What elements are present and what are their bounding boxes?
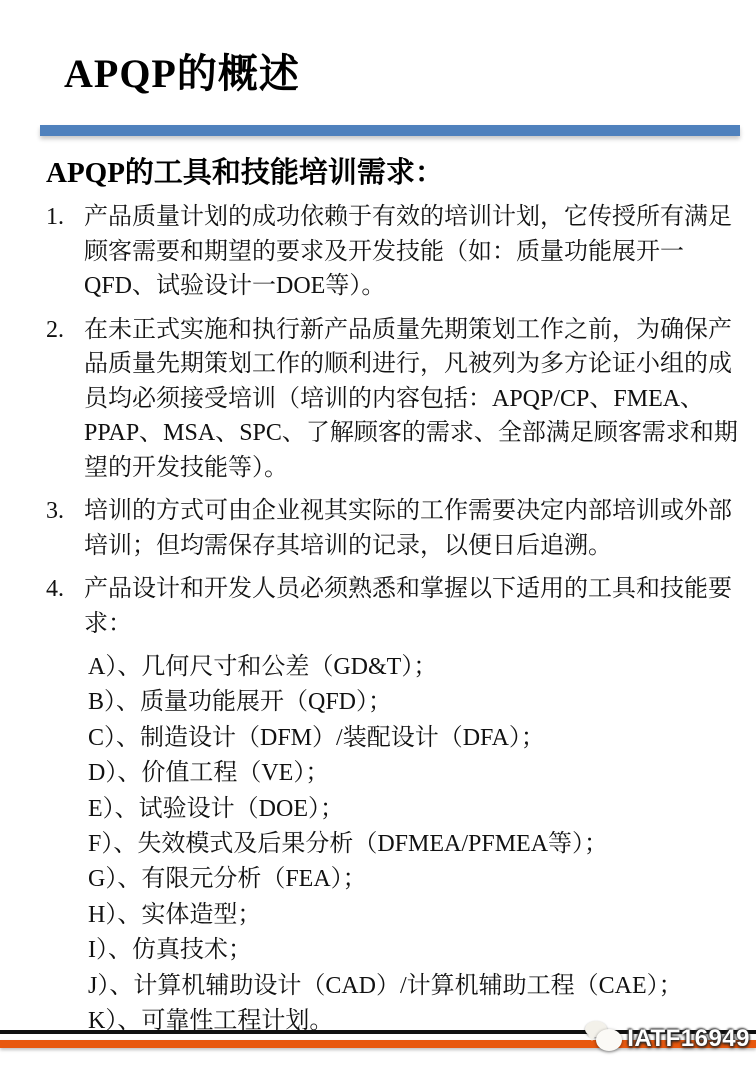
list-item: 3. 培训的方式可由企业视其实际的工作需要决定内部培训或外部培训；但均需保存其培…	[46, 494, 738, 563]
list-item: 1. 产品质量计划的成功依赖于有效的培训计划，它传授所有满足顾客需要和期望的要求…	[46, 200, 738, 304]
list-item: G）、有限元分析（FEA）；	[88, 862, 738, 897]
list-item: D）、价值工程（VE）；	[88, 756, 738, 791]
list-item: A）、几何尺寸和公差（GD&T）；	[88, 650, 738, 685]
list-item: C）、制造设计（DFM）/装配设计（DFA）；	[88, 721, 738, 756]
numbered-list: 1. 产品质量计划的成功依赖于有效的培训计划，它传授所有满足顾客需要和期望的要求…	[46, 200, 738, 641]
list-item: B）、质量功能展开（QFD）；	[88, 685, 738, 720]
item-text: 在未正式实施和执行新产品质量先期策划工作之前，为确保产品质量先期策划工作的顺利进…	[84, 313, 738, 486]
lettered-list: A）、几何尺寸和公差（GD&T）； B）、质量功能展开（QFD）； C）、制造设…	[88, 650, 738, 1039]
list-item: F）、失效模式及后果分析（DFMEA/PFMEA等）；	[88, 827, 738, 862]
list-item: 4. 产品设计和开发人员必须熟悉和掌握以下适用的工具和技能要求：	[46, 572, 738, 641]
item-text: 产品设计和开发人员必须熟悉和掌握以下适用的工具和技能要求：	[84, 572, 738, 641]
title-divider-bar	[40, 125, 740, 136]
item-number: 1.	[46, 200, 84, 235]
slide: APQP的概述 APQP的工具和技能培训需求： 1. 产品质量计划的成功依赖于有…	[0, 0, 756, 1070]
slide-content: APQP的工具和技能培训需求： 1. 产品质量计划的成功依赖于有效的培训计划，它…	[0, 150, 756, 1039]
page-title: APQP的概述	[64, 42, 300, 99]
list-item: I）、仿真技术；	[88, 933, 738, 968]
list-item: E）、试验设计（DOE）；	[88, 792, 738, 827]
item-text: 培训的方式可由企业视其实际的工作需要决定内部培训或外部培训；但均需保存其培训的记…	[84, 494, 738, 563]
item-text: 产品质量计划的成功依赖于有效的培训计划，它传授所有满足顾客需要和期望的要求及开发…	[84, 200, 738, 304]
item-number: 4.	[46, 572, 84, 607]
speech-bubbles-icon	[583, 1018, 627, 1060]
list-item: H）、实体造型；	[88, 898, 738, 933]
list-item: 2. 在未正式实施和执行新产品质量先期策划工作之前，为确保产品质量先期策划工作的…	[46, 313, 738, 486]
section-heading: APQP的工具和技能培训需求：	[46, 150, 738, 191]
watermark-text: IATF16949	[627, 1025, 750, 1053]
item-number: 3.	[46, 494, 84, 529]
watermark: IATF16949	[583, 1018, 750, 1060]
list-item: J）、计算机辅助设计（CAD）/计算机辅助工程（CAE）；	[88, 969, 738, 1004]
item-number: 2.	[46, 313, 84, 348]
